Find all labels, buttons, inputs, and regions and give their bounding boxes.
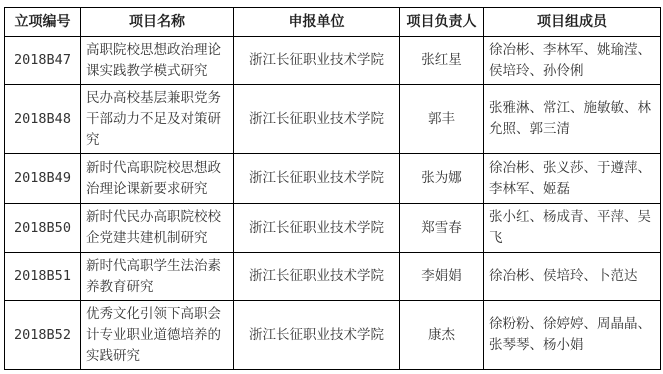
applicant-unit: 浙江长征职业技术学院 — [234, 37, 400, 85]
applicant-unit: 浙江长征职业技术学院 — [234, 85, 400, 154]
project-lead: 李娟娟 — [400, 253, 484, 301]
project-code: 2018B47 — [5, 37, 81, 85]
table-row: 2018B48 民办高校基层兼职党务干部动力不足及对策研究 浙江长征职业技术学院… — [5, 85, 661, 154]
project-code: 2018B51 — [5, 253, 81, 301]
project-code: 2018B49 — [5, 154, 81, 204]
applicant-unit: 浙江长征职业技术学院 — [234, 301, 400, 370]
header-unit: 申报单位 — [234, 8, 400, 37]
header-code: 立项编号 — [5, 8, 81, 37]
project-lead: 张为娜 — [400, 154, 484, 204]
project-name: 新时代民办高职院校校企党建共建机制研究 — [81, 204, 234, 253]
header-row: 立项编号 项目名称 申报单位 项目负责人 项目组成员 — [5, 8, 661, 37]
project-name: 高职院校思想政治理论课实践教学模式研究 — [81, 37, 234, 85]
header-name: 项目名称 — [81, 8, 234, 37]
project-members: 张雅淋、常江、施敏敏、林允照、郭三清 — [484, 85, 661, 154]
header-lead: 项目负责人 — [400, 8, 484, 37]
applicant-unit: 浙江长征职业技术学院 — [234, 154, 400, 204]
project-code: 2018B50 — [5, 204, 81, 253]
project-lead: 郑雪春 — [400, 204, 484, 253]
project-code: 2018B52 — [5, 301, 81, 370]
table-row: 2018B51 新时代高职学生法治素养教育研究 浙江长征职业技术学院 李娟娟 徐… — [5, 253, 661, 301]
applicant-unit: 浙江长征职业技术学院 — [234, 253, 400, 301]
project-name: 新时代高职学生法治素养教育研究 — [81, 253, 234, 301]
table-row: 2018B52 优秀文化引领下高职会计专业职业道德培养的实践研究 浙江长征职业技… — [5, 301, 661, 370]
project-members: 张小红、杨成青、平萍、吴飞 — [484, 204, 661, 253]
project-code: 2018B48 — [5, 85, 81, 154]
project-members: 徐冶彬、李林军、姚瑜滢、侯培玲、孙伶俐 — [484, 37, 661, 85]
applicant-unit: 浙江长征职业技术学院 — [234, 204, 400, 253]
project-lead: 康杰 — [400, 301, 484, 370]
table-row: 2018B49 新时代高职院校思想政治理论课新要求研究 浙江长征职业技术学院 张… — [5, 154, 661, 204]
project-name: 优秀文化引领下高职会计专业职业道德培养的实践研究 — [81, 301, 234, 370]
project-members: 徐冶彬、侯培玲、卜范达 — [484, 253, 661, 301]
project-name: 新时代高职院校思想政治理论课新要求研究 — [81, 154, 234, 204]
table-row: 2018B50 新时代民办高职院校校企党建共建机制研究 浙江长征职业技术学院 郑… — [5, 204, 661, 253]
table-row: 2018B47 高职院校思想政治理论课实践教学模式研究 浙江长征职业技术学院 张… — [5, 37, 661, 85]
project-members: 徐粉粉、徐婷婷、周晶晶、张琴琴、杨小娟 — [484, 301, 661, 370]
project-name: 民办高校基层兼职党务干部动力不足及对策研究 — [81, 85, 234, 154]
project-table: 立项编号 项目名称 申报单位 项目负责人 项目组成员 2018B47 高职院校思… — [4, 7, 661, 370]
project-lead: 郭丰 — [400, 85, 484, 154]
project-members: 徐冶彬、张义莎、于遵萍、李林军、姬磊 — [484, 154, 661, 204]
header-members: 项目组成员 — [484, 8, 661, 37]
project-lead: 张红星 — [400, 37, 484, 85]
